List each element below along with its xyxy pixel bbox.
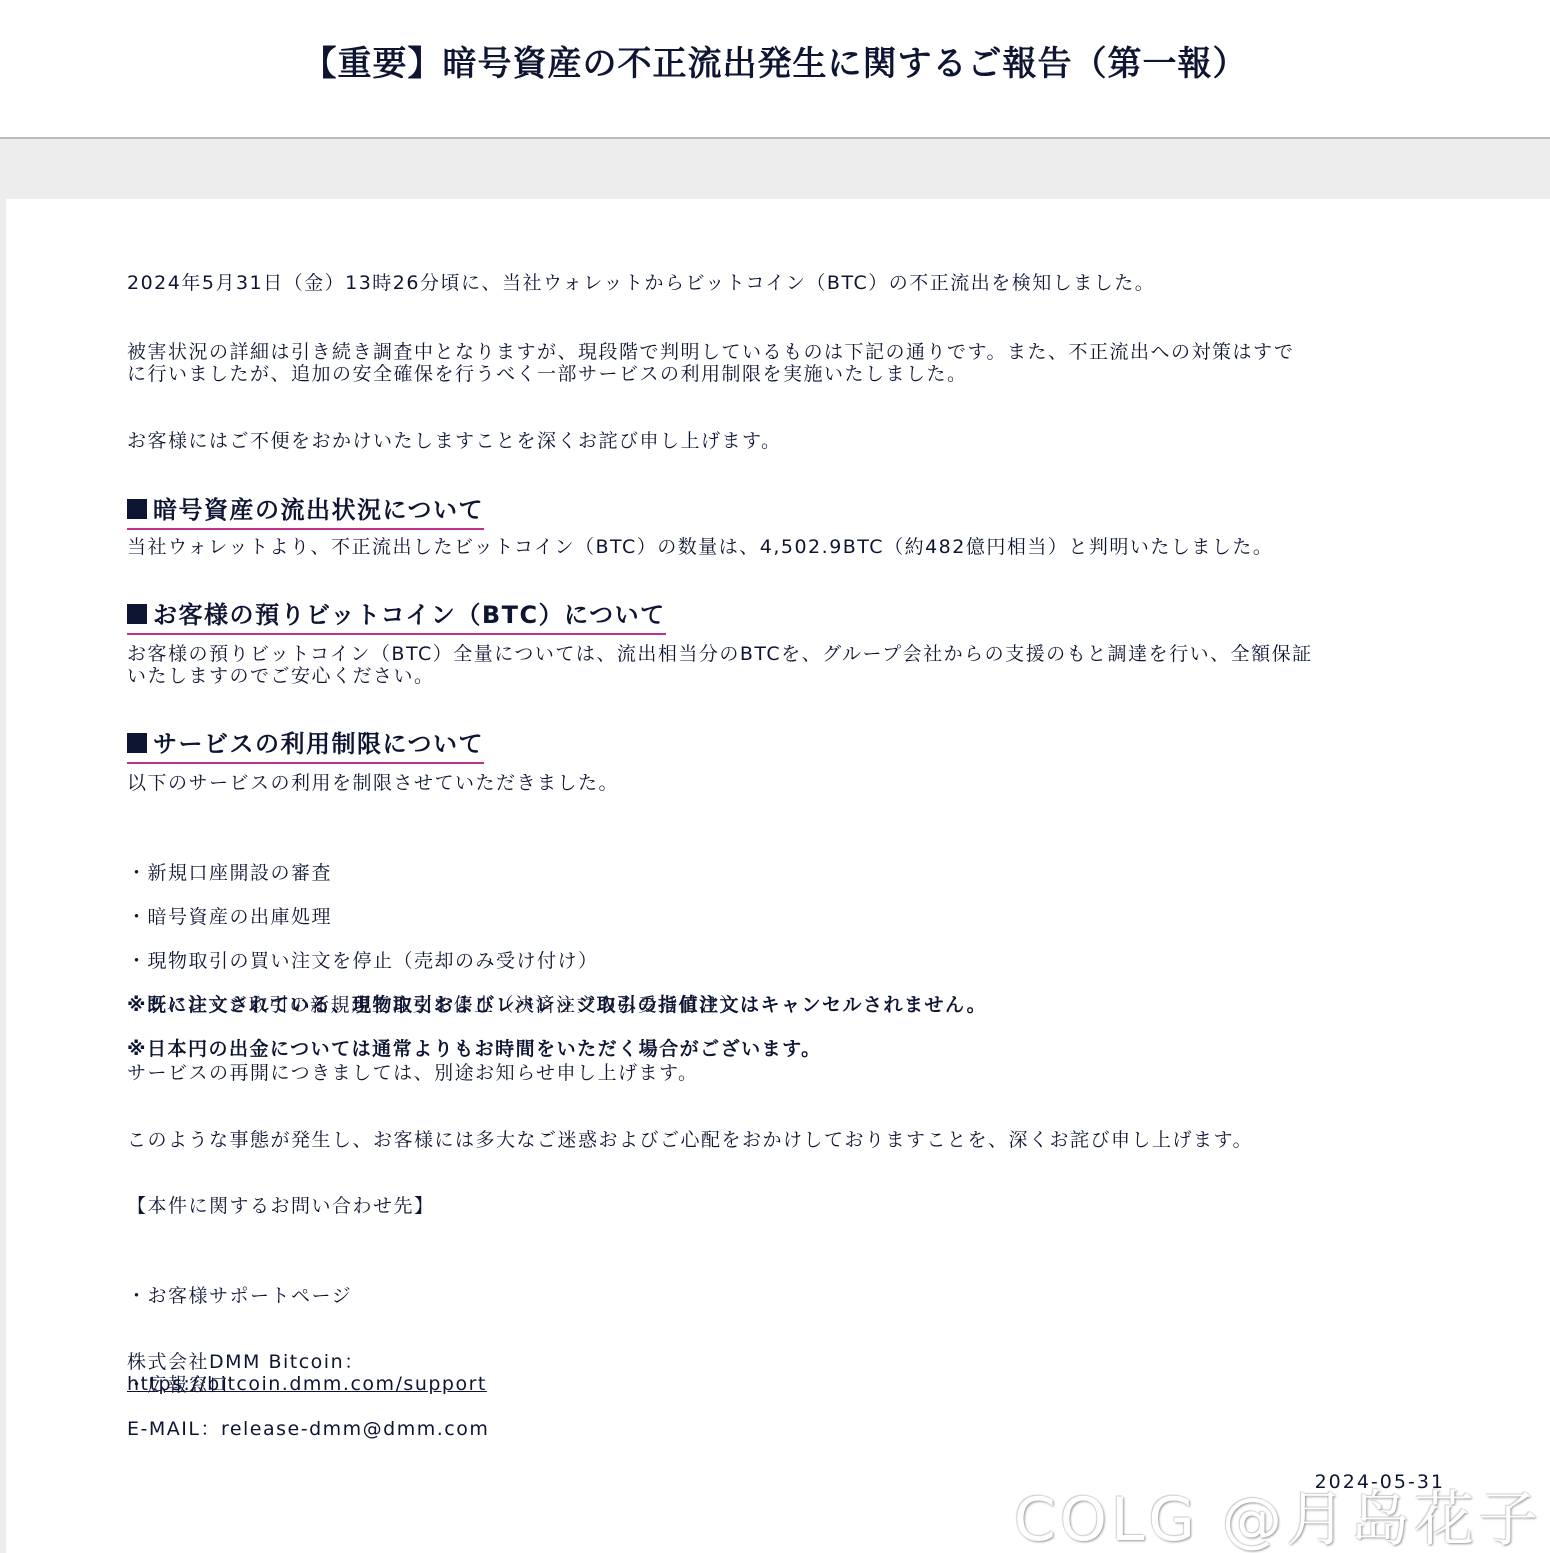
contact-heading: 【本件に関するお問い合わせ先】 [127,1195,435,1217]
closing-paragraph-2: このような事態が発生し、お客様には多大なご迷惑およびご心配をおかけしておりますこ… [127,1129,1253,1151]
note-item: ※既に注文されている、現物取引およびレバレッジ取引の指値注文はキャンセルされませ… [127,994,987,1016]
section-body-service-restrictions: 以下のサービスの利用を制限させていただきました。 [127,772,619,794]
restriction-item: ・暗号資産の出庫処理 [127,906,740,928]
publish-date: 2024-05-31 [1315,1471,1445,1493]
article-card: 2024年5月31日（金）13時26分頃に、当社ウォレットからビットコイン（BT… [6,199,1550,1553]
watermark: COLG @月岛花子 [1014,1472,1542,1553]
section-body-customer-btc: お客様の預りビットコイン（BTC）全量については、流出相当分のBTCを、グループ… [127,643,1313,687]
section-heading-customer-btc: お客様の預りビットコイン（BTC）について [127,600,666,635]
intro-paragraph-1: 2024年5月31日（金）13時26分頃に、当社ウォレットからビットコイン（BT… [127,272,1155,294]
section-heading-service-restrictions: サービスの利用制限について [127,729,484,764]
pr-label: ・広報窓口 [127,1374,489,1396]
section-heading-outflow: 暗号資産の流出状況について [127,495,484,530]
square-bullet-icon [127,733,147,753]
note-item: ※日本円の出金については通常よりもお時間をいただく場合がございます。 [127,1038,987,1060]
page-title: 【重要】暗号資産の不正流出発生に関するご報告（第一報） [303,36,1248,85]
section-body-outflow: 当社ウォレットより、不正流出したビットコイン（BTC）の数量は、4,502.9B… [127,536,1273,558]
pr-email: E-MAIL：release-dmm@dmm.com [127,1418,489,1440]
pr-contact: ・広報窓口 E-MAIL：release-dmm@dmm.com [127,1352,489,1462]
square-bullet-icon [127,604,147,624]
intro-paragraph-3: お客様にはご不便をおかけいたしますことを深くお詫び申し上げます。 [127,430,781,452]
restriction-item: ・現物取引の買い注文を停止（売却のみ受け付け） [127,950,740,972]
restriction-item: ・新規口座開設の審査 [127,862,740,884]
page-header: 【重要】暗号資産の不正流出発生に関するご報告（第一報） [0,0,1550,139]
support-label: ・お客様サポートページ [127,1285,487,1307]
closing-paragraph-1: サービスの再開につきましては、別途お知らせ申し上げます。 [127,1062,699,1084]
square-bullet-icon [127,499,147,519]
intro-paragraph-2: 被害状況の詳細は引き続き調査中となりますが、現段階で判明しているものは下記の通り… [127,341,1295,385]
